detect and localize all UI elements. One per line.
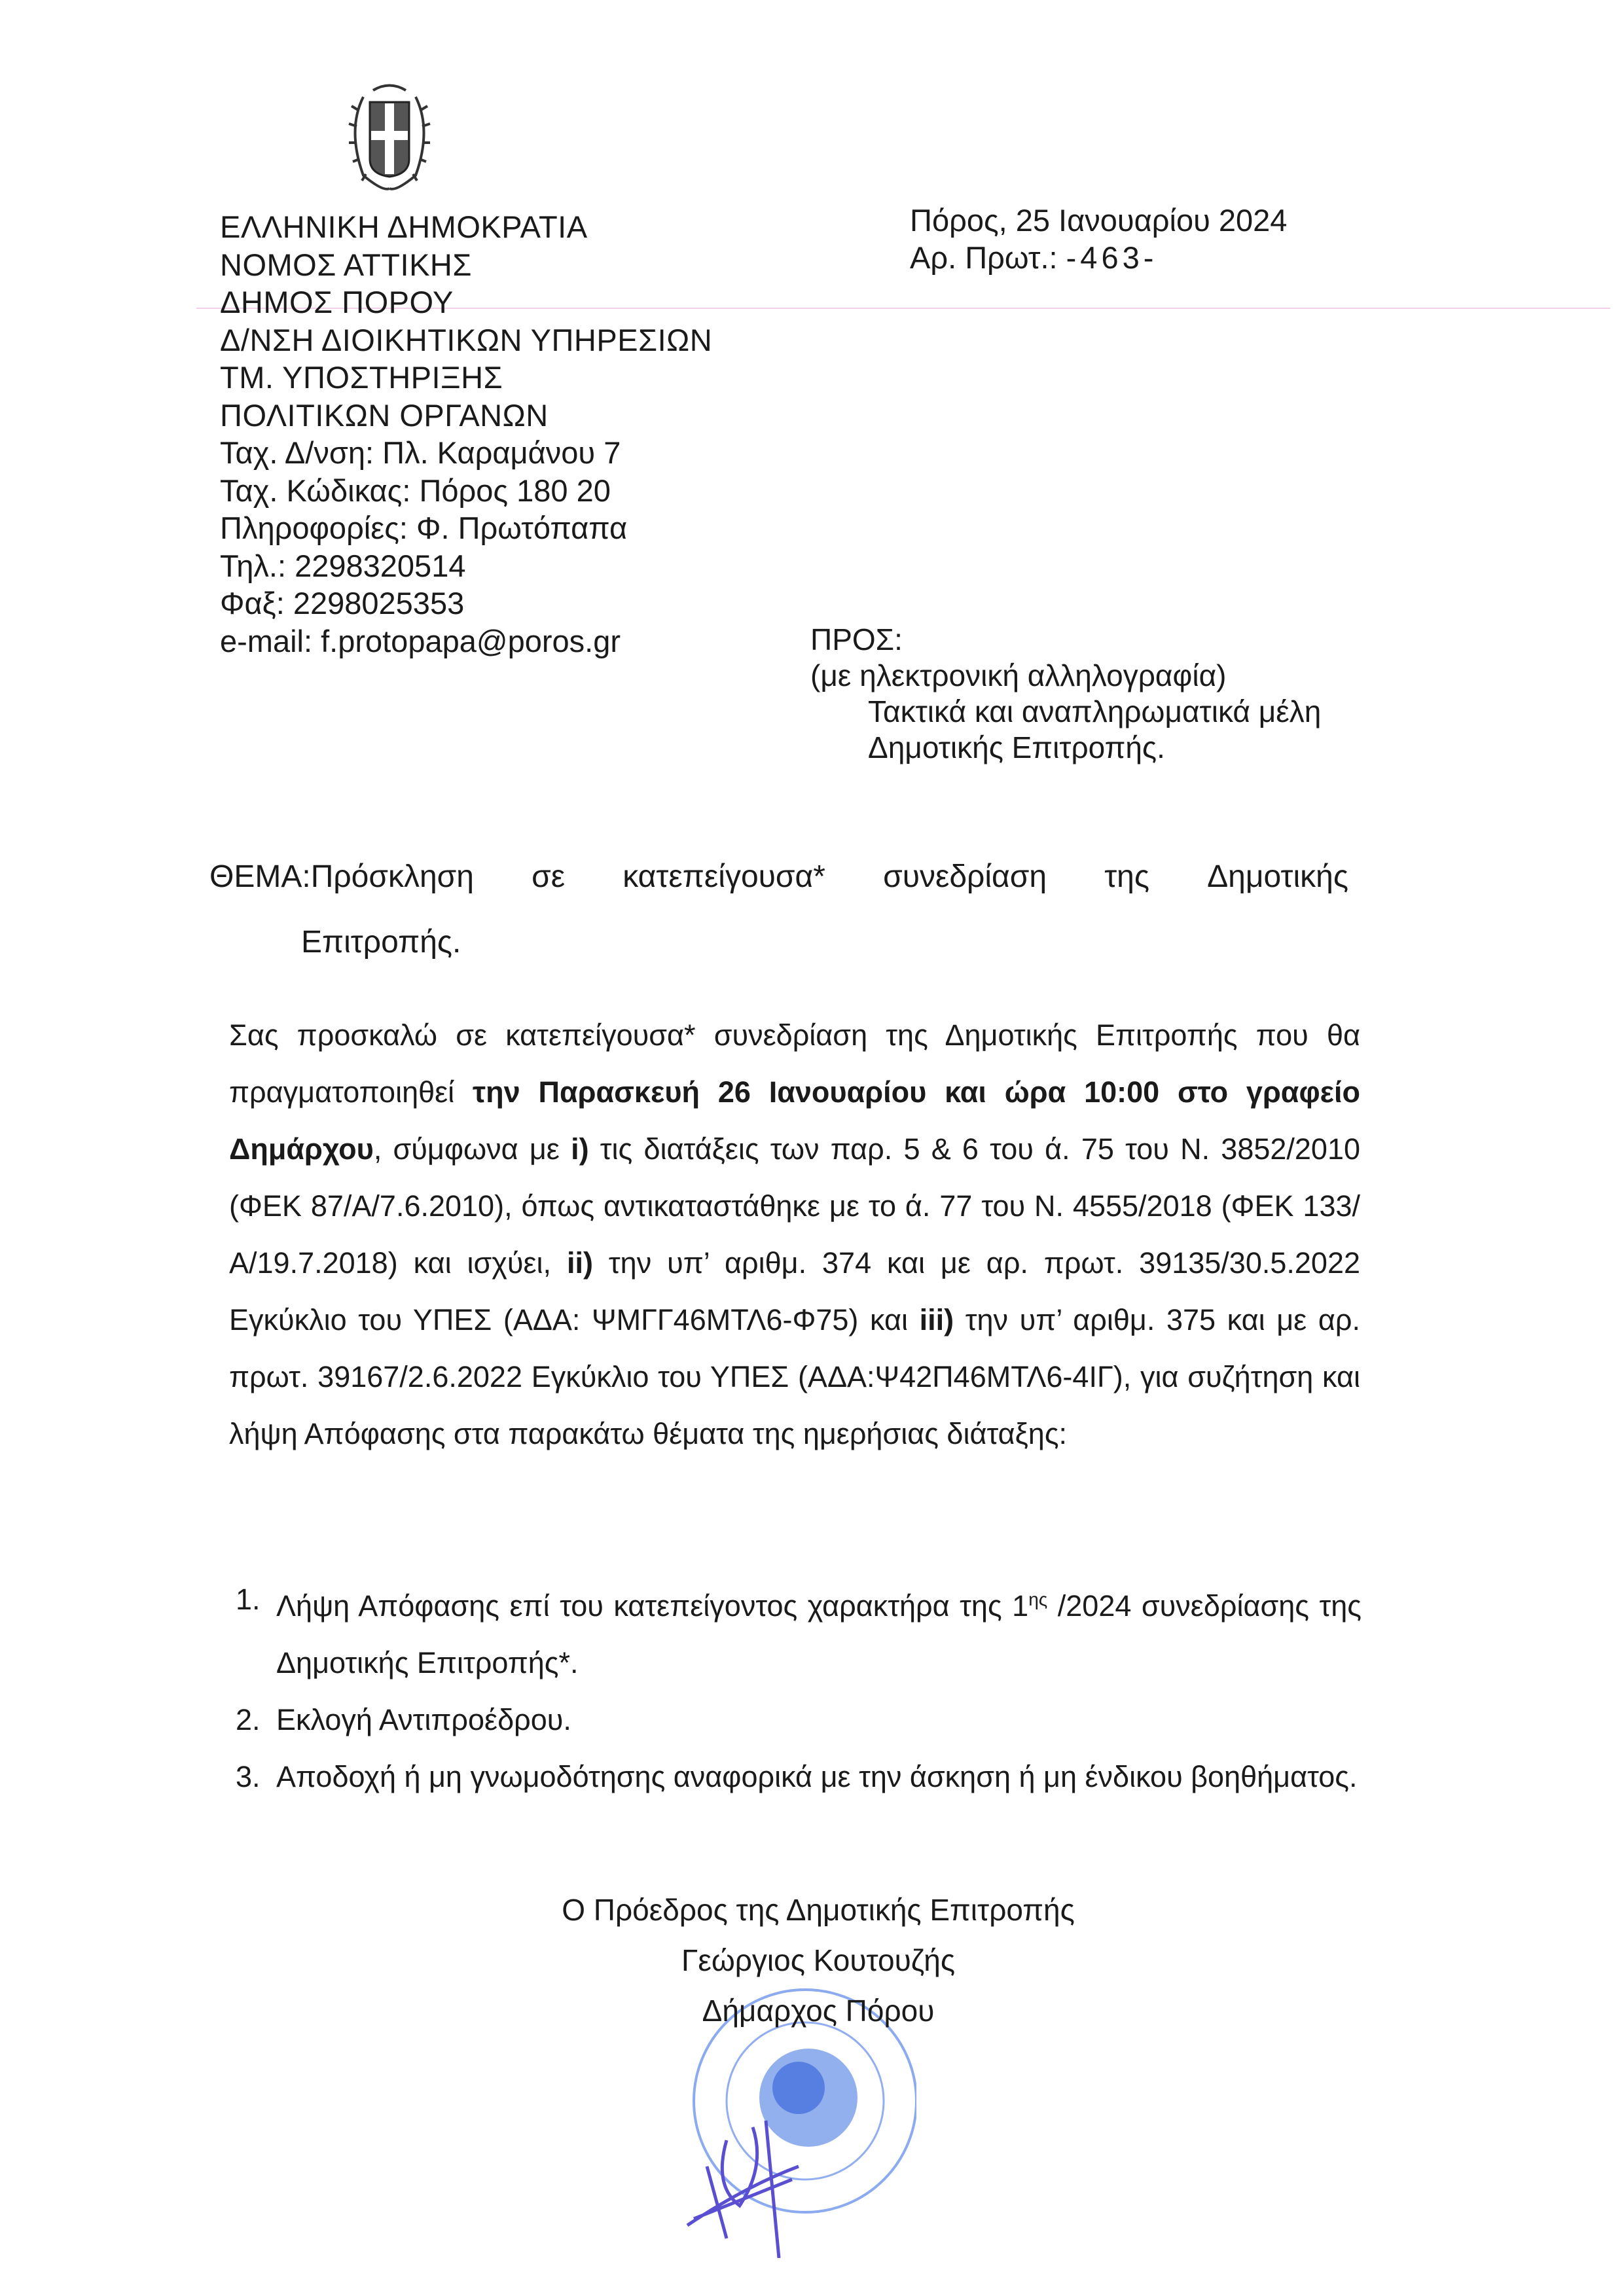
- greek-coat-of-arms-icon: [344, 77, 435, 195]
- body-paragraph: Σας προσκαλώ σε κατεπείγουσα* συνεδρίαση…: [229, 1007, 1360, 1462]
- signatory-name: Γεώργιος Κουτουζής: [458, 1935, 1178, 1986]
- contact-fax: Φαξ: 2298025353: [220, 584, 712, 622]
- sender-block: ΕΛΛΗΝΙΚΗ ΔΗΜΟΚΡΑΤΙΑ ΝΟΜΟΣ ΑΤΤΙΚΗΣ ΔΗΜΟΣ …: [220, 208, 712, 660]
- sender-line: ΤΜ. ΥΠΟΣΤΗΡΙΞΗΣ: [220, 359, 712, 397]
- sender-line: ΠΟΛΙΤΙΚΩΝ ΟΡΓΑΝΩΝ: [220, 397, 712, 435]
- contact-postcode: Ταχ. Κώδικας: Πόρος 180 20: [220, 472, 712, 510]
- subject-label: ΘΕΜΑ:: [209, 859, 311, 894]
- recipient-line: Τακτικά και αναπληρωματικά μέλη: [810, 694, 1321, 730]
- document-meta: Πόρος, 25 Ιανουαρίου 2024 Αρ. Πρωτ.: -46…: [910, 202, 1287, 276]
- sender-line: ΝΟΜΟΣ ΑΤΤΙΚΗΣ: [220, 246, 712, 284]
- subject-word: Δημοτικής: [1207, 844, 1348, 910]
- recipient-label: ΠΡΟΣ:: [810, 622, 1321, 658]
- agenda-item: 2. Εκλογή Αντιπροέδρου.: [236, 1691, 1362, 1748]
- sender-line: Δ/ΝΣΗ ΔΙΟΙΚΗΤΙΚΩΝ ΥΠΗΡΕΣΙΩΝ: [220, 321, 712, 359]
- recipient-line: Δημοτικής Επιτροπής.: [810, 730, 1321, 766]
- subject-first: ΘΕΜΑ:Πρόσκληση: [209, 844, 474, 910]
- signatory-role: Δήμαρχος Πόρου: [458, 1986, 1178, 2036]
- agenda-item: 3. Αποδοχή ή μη γνωμοδότησης αναφορικά μ…: [236, 1748, 1362, 1805]
- sender-line: ΔΗΜΟΣ ΠΟΡΟΥ: [220, 283, 712, 321]
- protocol-number: -463-: [1066, 240, 1158, 275]
- subject-word: σε: [532, 844, 565, 910]
- protocol-line: Αρ. Πρωτ.: -463-: [910, 239, 1287, 276]
- agenda-item: 1. Λήψη Απόφασης επί του κατεπείγοντος χ…: [236, 1571, 1362, 1691]
- contact-phone: Τηλ.: 2298320514: [220, 547, 712, 585]
- subject-continuation: Επιτροπής.: [209, 910, 1348, 975]
- subject-word: της: [1104, 844, 1149, 910]
- agenda-list: 1. Λήψη Απόφασης επί του κατεπείγοντος χ…: [236, 1571, 1362, 1805]
- protocol-label: Αρ. Πρωτ.:: [910, 240, 1058, 275]
- contact-email: e-mail: f.protopapa@poros.gr: [220, 622, 712, 660]
- delivery-method: (με ηλεκτρονική αλληλογραφία): [810, 658, 1321, 694]
- place-date: Πόρος, 25 Ιανουαρίου 2024: [910, 202, 1287, 239]
- signature-block: Ο Πρόεδρος της Δημοτικής Επιτροπής Γεώργ…: [458, 1885, 1178, 2036]
- subject-word: συνεδρίαση: [883, 844, 1047, 910]
- subject-block: ΘΕΜΑ:Πρόσκληση σε κατεπείγουσα* συνεδρία…: [209, 844, 1348, 975]
- signatory-title: Ο Πρόεδρος της Δημοτικής Επιτροπής: [458, 1885, 1178, 1935]
- contact-address: Ταχ. Δ/νση: Πλ. Καραμάνου 7: [220, 434, 712, 472]
- sender-line: ΕΛΛΗΝΙΚΗ ΔΗΜΟΚΡΑΤΙΑ: [220, 208, 712, 246]
- recipient-block: ΠΡΟΣ: (με ηλεκτρονική αλληλογραφία) Τακτ…: [810, 622, 1321, 766]
- subject-word: κατεπείγουσα*: [623, 844, 825, 910]
- contact-info-person: Πληροφορίες: Φ. Πρωτόπαπα: [220, 509, 712, 547]
